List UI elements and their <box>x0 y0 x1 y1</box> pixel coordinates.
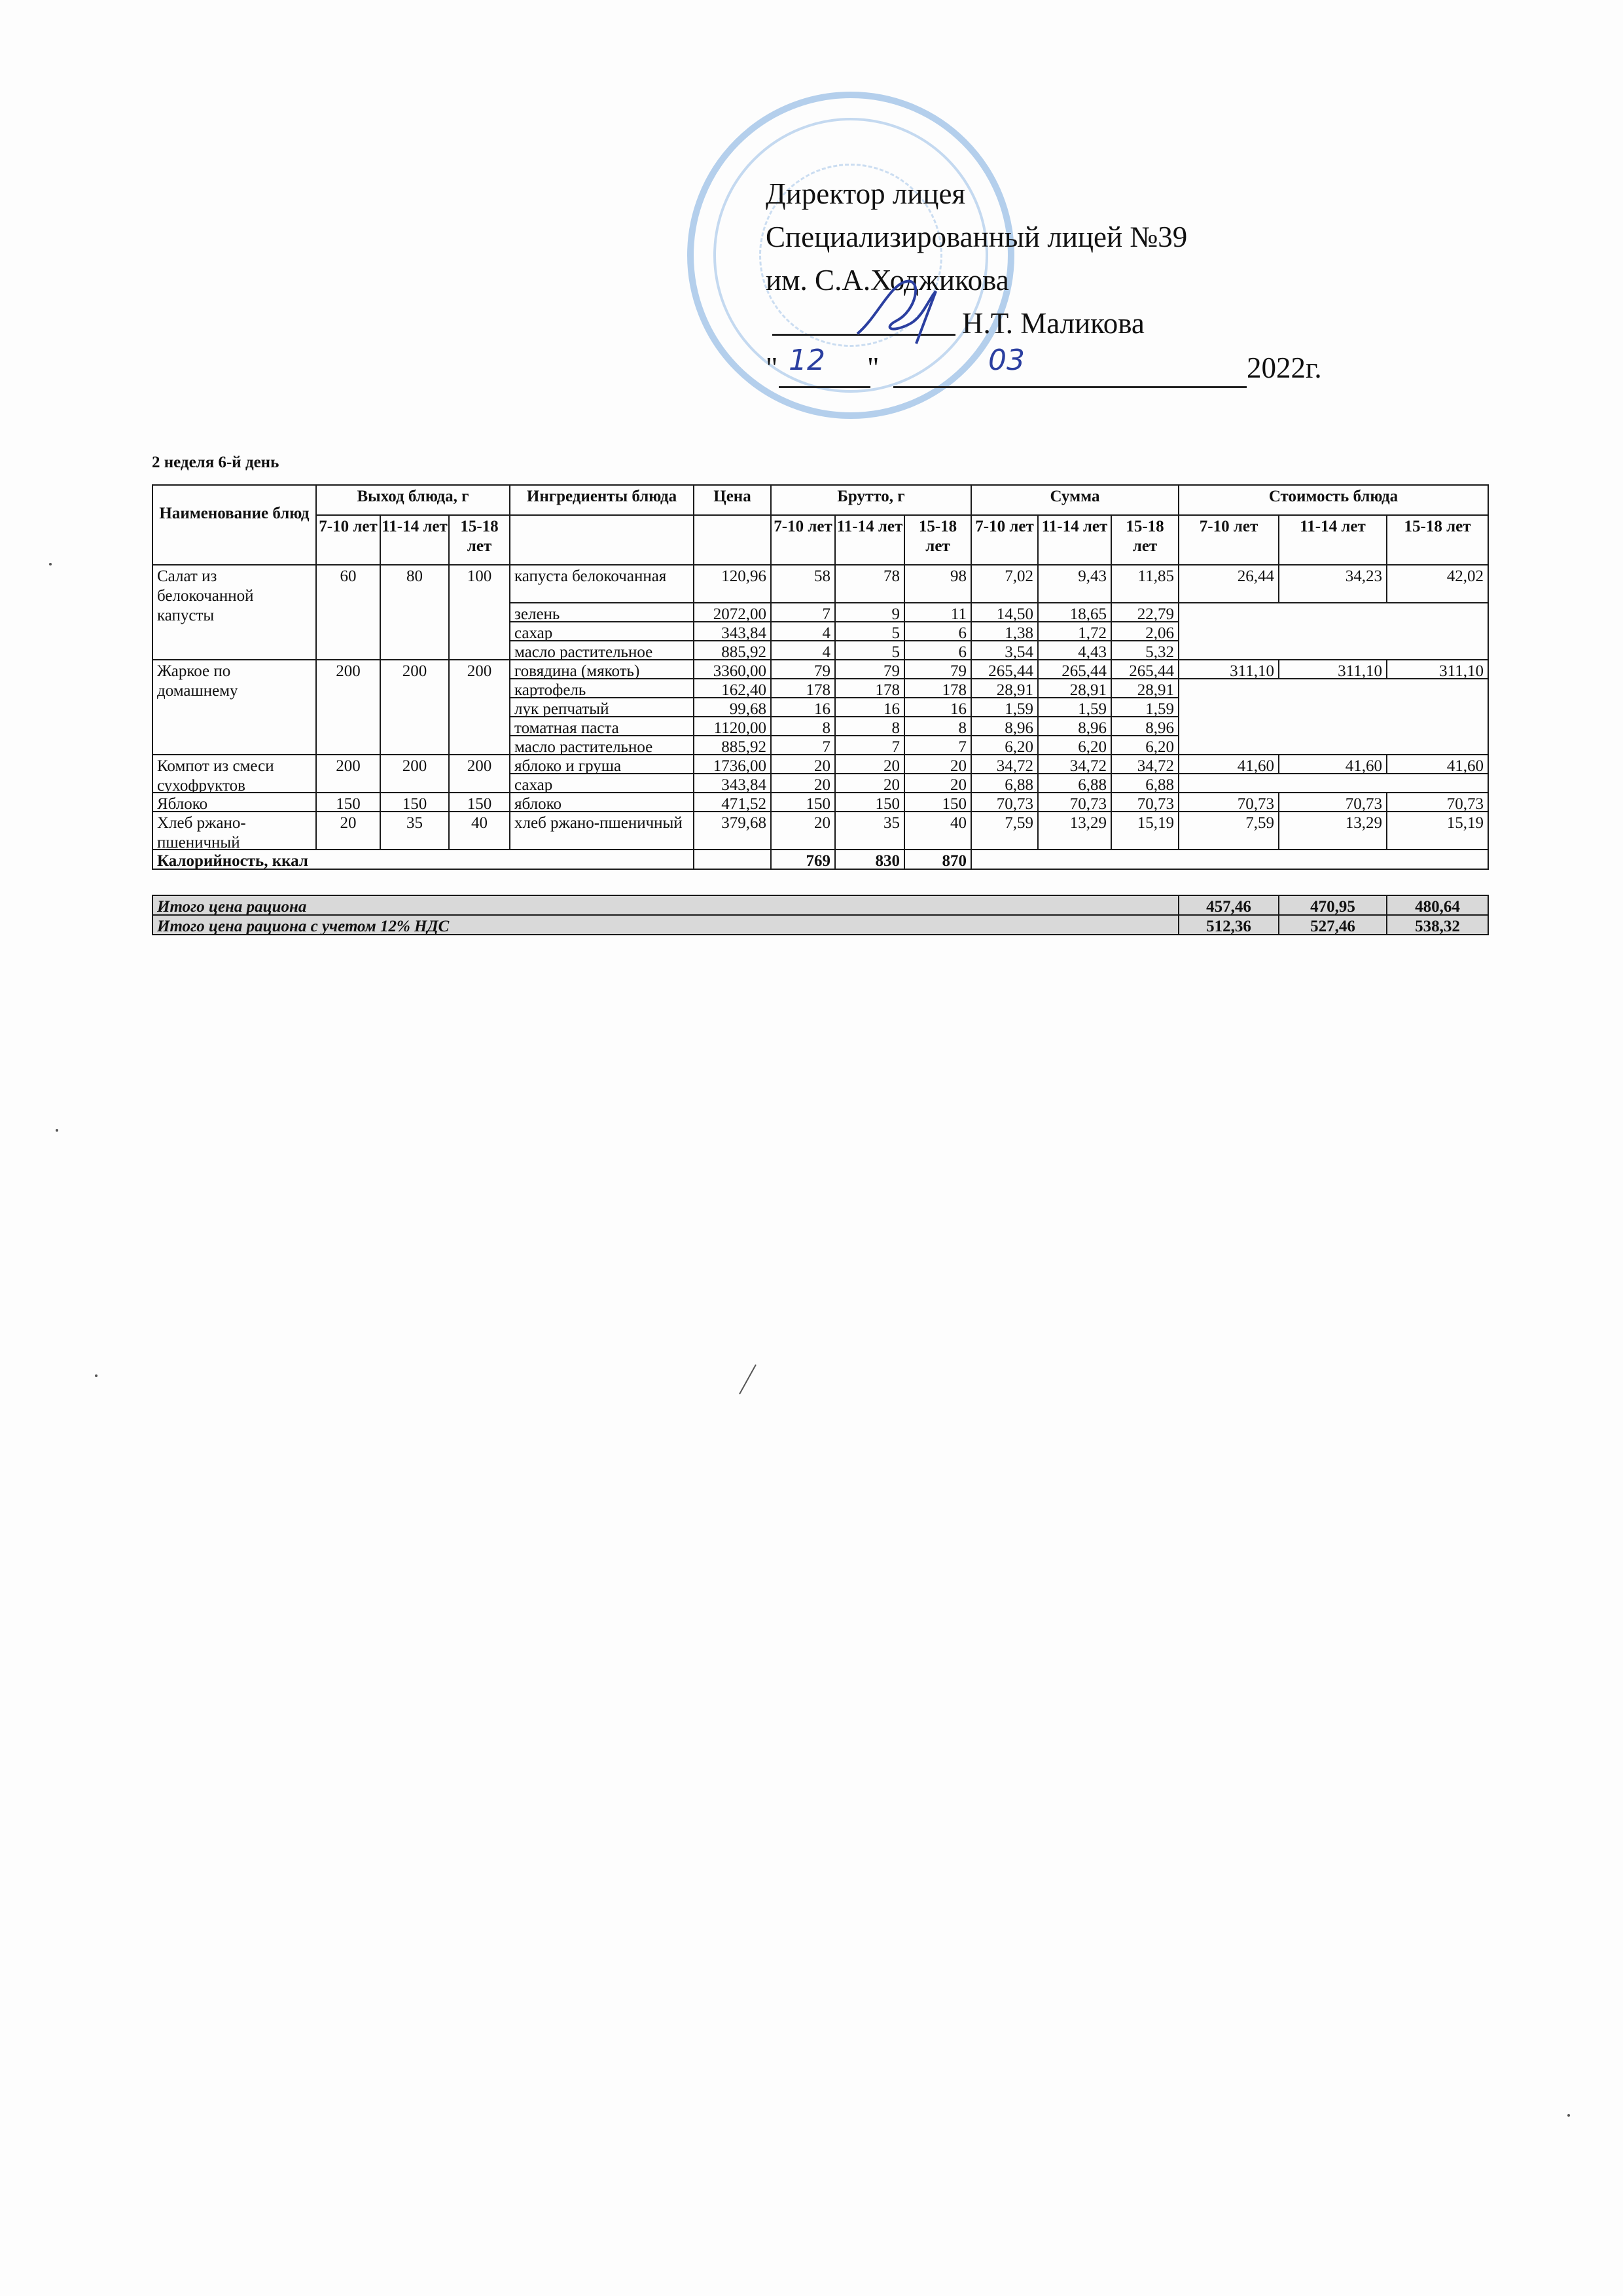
header-sum: Сумма <box>971 484 1179 516</box>
ingredient-price: 3360,00 <box>693 659 772 679</box>
approval-title: Директор лицея <box>766 175 965 212</box>
ingredient-price: 379,68 <box>693 811 772 850</box>
ingredient-sum: 265,44 <box>971 659 1039 679</box>
approval-signer: Н.Т. Маликова <box>962 305 1145 342</box>
ingredient-brutto: 8 <box>904 716 972 736</box>
ingredient-brutto: 7 <box>770 602 836 622</box>
ingredient-sum: 14,50 <box>971 602 1039 622</box>
ingredient-sum: 6,88 <box>971 773 1039 793</box>
dish-cost-blank <box>1178 773 1489 793</box>
header-age: 7-10 лет <box>315 514 381 565</box>
header-ingredients-sub <box>509 514 694 565</box>
ingredient-sum: 70,73 <box>1111 792 1179 812</box>
ingredient-sum: 28,91 <box>1111 678 1179 698</box>
ingredient-brutto: 150 <box>834 792 905 812</box>
ingredient-brutto: 20 <box>770 754 836 774</box>
calories-value: 769 <box>770 849 836 870</box>
ingredient-brutto: 7 <box>834 735 905 755</box>
ingredient-sum: 9,43 <box>1037 564 1112 603</box>
dish-cost: 15,19 <box>1386 811 1489 850</box>
ingredient-brutto: 79 <box>770 659 836 679</box>
dish-cost: 41,60 <box>1386 754 1489 774</box>
header-cost-age: 7-10 лет <box>1178 514 1279 565</box>
date-quote-close: " <box>867 350 879 386</box>
total-value: 480,64 <box>1386 895 1489 916</box>
dish-output: 60 <box>315 564 381 660</box>
ingredient-sum: 6,88 <box>1111 773 1179 793</box>
ingredient-name: хлеб ржано-пшеничный <box>509 811 694 850</box>
dish-cost: 311,10 <box>1278 659 1387 679</box>
date-month: 03 <box>988 344 1025 377</box>
header-cost-age: 15-18 лет <box>1386 514 1489 565</box>
ingredient-sum: 11,85 <box>1111 564 1179 603</box>
dish-name: Хлеб ржано-пшеничный <box>152 811 317 850</box>
ingredient-price: 343,84 <box>693 621 772 641</box>
dish-cost: 70,73 <box>1278 792 1387 812</box>
header-brutto: Брутто, г <box>770 484 972 516</box>
ingredient-name: говядина (мякоть) <box>509 659 694 679</box>
ingredient-brutto: 178 <box>770 678 836 698</box>
ingredient-sum: 6,20 <box>1037 735 1112 755</box>
ingredient-brutto: 150 <box>770 792 836 812</box>
ingredient-sum: 1,38 <box>971 621 1039 641</box>
ingredient-brutto: 9 <box>834 602 905 622</box>
dish-cost: 7,59 <box>1178 811 1279 850</box>
dish-output: 100 <box>448 564 510 660</box>
ingredient-brutto: 4 <box>770 621 836 641</box>
scan-speck <box>95 1374 98 1377</box>
ingredient-brutto: 79 <box>904 659 972 679</box>
ingredient-sum: 6,88 <box>1037 773 1112 793</box>
dish-name: Салат из белокочанной капусты <box>152 564 317 660</box>
ingredient-sum: 7,59 <box>971 811 1039 850</box>
header-age: 15-18 лет <box>904 514 972 565</box>
ingredient-brutto: 58 <box>770 564 836 603</box>
ingredient-brutto: 16 <box>834 697 905 717</box>
ingredient-brutto: 20 <box>904 754 972 774</box>
ingredient-brutto: 20 <box>834 754 905 774</box>
ingredient-price: 162,40 <box>693 678 772 698</box>
total-label: Итого цена рациона <box>152 895 1179 916</box>
ingredient-sum: 28,91 <box>971 678 1039 698</box>
total-value: 527,46 <box>1278 914 1387 935</box>
ingredient-brutto: 7 <box>770 735 836 755</box>
date-day: 12 <box>789 344 825 377</box>
ingredient-brutto: 79 <box>834 659 905 679</box>
ingredient-sum: 34,72 <box>1037 754 1112 774</box>
ingredient-brutto: 20 <box>770 811 836 850</box>
calories-value: 830 <box>834 849 905 870</box>
ingredient-sum: 34,72 <box>1111 754 1179 774</box>
ingredient-name: масло растительное <box>509 640 694 660</box>
ingredient-brutto: 20 <box>770 773 836 793</box>
dish-output: 20 <box>315 811 381 850</box>
ingredient-sum: 22,79 <box>1111 602 1179 622</box>
total-value: 538,32 <box>1386 914 1489 935</box>
ingredient-sum: 1,59 <box>971 697 1039 717</box>
header-cost-age: 11-14 лет <box>1278 514 1387 565</box>
dish-cost: 26,44 <box>1178 564 1279 603</box>
total-label: Итого цена рациона с учетом 12% НДС <box>152 914 1179 935</box>
dish-cost: 311,10 <box>1178 659 1279 679</box>
ingredient-name: капуста белокочанная <box>509 564 694 603</box>
total-value: 512,36 <box>1178 914 1279 935</box>
dish-name: Жаркое по домашнему <box>152 659 317 755</box>
ingredient-sum: 8,96 <box>971 716 1039 736</box>
ingredient-brutto: 6 <box>904 621 972 641</box>
dish-name: Яблоко <box>152 792 317 812</box>
ingredient-sum: 1,59 <box>1111 697 1179 717</box>
date-year: 2022г. <box>1247 350 1322 386</box>
ingredient-name: картофель <box>509 678 694 698</box>
signature-icon <box>851 272 949 350</box>
dish-cost: 13,29 <box>1278 811 1387 850</box>
header-age: 11-14 лет <box>380 514 450 565</box>
dish-cost-blank <box>1178 678 1489 755</box>
ingredient-price: 2072,00 <box>693 602 772 622</box>
dish-output: 40 <box>448 811 510 850</box>
ingredient-brutto: 98 <box>904 564 972 603</box>
dish-output: 200 <box>448 659 510 755</box>
header-dish-cost: Стоимость блюда <box>1178 484 1489 516</box>
dish-cost: 41,60 <box>1278 754 1387 774</box>
ingredient-price: 1736,00 <box>693 754 772 774</box>
total-value: 470,95 <box>1278 895 1387 916</box>
dish-output: 200 <box>315 754 381 793</box>
official-stamp <box>687 92 1014 419</box>
header-age: 11-14 лет <box>834 514 905 565</box>
ingredient-sum: 34,72 <box>971 754 1039 774</box>
ingredient-sum: 70,73 <box>1037 792 1112 812</box>
ingredient-brutto: 8 <box>834 716 905 736</box>
ingredient-brutto: 4 <box>770 640 836 660</box>
ingredient-sum: 8,96 <box>1037 716 1112 736</box>
ingredient-sum: 265,44 <box>1037 659 1112 679</box>
ingredient-sum: 2,06 <box>1111 621 1179 641</box>
approval-org: Специализированный лицей №39 <box>766 219 1187 255</box>
ingredient-sum: 70,73 <box>971 792 1039 812</box>
scan-speck <box>1567 2114 1570 2117</box>
ingredient-brutto: 78 <box>834 564 905 603</box>
ingredient-brutto: 40 <box>904 811 972 850</box>
ingredient-brutto: 11 <box>904 602 972 622</box>
ingredient-sum: 1,59 <box>1037 697 1112 717</box>
dish-cost: 311,10 <box>1386 659 1489 679</box>
dish-output: 150 <box>315 792 381 812</box>
ingredient-sum: 5,32 <box>1111 640 1179 660</box>
ingredient-price: 343,84 <box>693 773 772 793</box>
ingredient-brutto: 178 <box>904 678 972 698</box>
header-output: Выход блюда, г <box>315 484 510 516</box>
ingredient-brutto: 20 <box>904 773 972 793</box>
dish-cost-blank <box>1178 602 1489 660</box>
ingredient-brutto: 16 <box>904 697 972 717</box>
ingredient-brutto: 16 <box>770 697 836 717</box>
date-month-line <box>893 386 1247 388</box>
header-ingredients: Ингредиенты блюда <box>509 484 694 516</box>
ingredient-name: сахар <box>509 773 694 793</box>
ingredient-price: 120,96 <box>693 564 772 603</box>
ingredient-price: 885,92 <box>693 735 772 755</box>
dish-output: 150 <box>448 792 510 812</box>
header-age: 15-18 лет <box>1111 514 1179 565</box>
ingredient-name: яблоко <box>509 792 694 812</box>
dish-output: 200 <box>380 659 450 755</box>
ingredient-name: лук репчатый <box>509 697 694 717</box>
dish-cost: 41,60 <box>1178 754 1279 774</box>
header-age: 7-10 лет <box>971 514 1039 565</box>
header-price: Цена <box>693 484 772 516</box>
dish-output: 200 <box>315 659 381 755</box>
ingredient-brutto: 5 <box>834 640 905 660</box>
dish-cost: 70,73 <box>1178 792 1279 812</box>
dish-cost: 42,02 <box>1386 564 1489 603</box>
header-age: 7-10 лет <box>770 514 836 565</box>
ingredient-brutto: 20 <box>834 773 905 793</box>
ingredient-brutto: 7 <box>904 735 972 755</box>
ingredient-sum: 8,96 <box>1111 716 1179 736</box>
dish-cost: 70,73 <box>1386 792 1489 812</box>
ingredient-price: 471,52 <box>693 792 772 812</box>
dish-output: 200 <box>380 754 450 793</box>
header-price-sub <box>693 514 772 565</box>
ingredient-sum: 6,20 <box>1111 735 1179 755</box>
ingredient-sum: 4,43 <box>1037 640 1112 660</box>
dish-output: 35 <box>380 811 450 850</box>
ingredient-sum: 13,29 <box>1037 811 1112 850</box>
ingredient-price: 885,92 <box>693 640 772 660</box>
ingredient-sum: 15,19 <box>1111 811 1179 850</box>
calories-blank <box>693 849 772 870</box>
ingredient-sum: 1,72 <box>1037 621 1112 641</box>
total-value: 457,46 <box>1178 895 1279 916</box>
ingredient-name: яблоко и груша <box>509 754 694 774</box>
ingredient-price: 1120,00 <box>693 716 772 736</box>
ingredient-brutto: 8 <box>770 716 836 736</box>
calories-value: 870 <box>904 849 972 870</box>
dish-output: 150 <box>380 792 450 812</box>
header-dish-name: Наименование блюд <box>152 484 317 565</box>
header-age: 11-14 лет <box>1037 514 1112 565</box>
dish-output: 200 <box>448 754 510 793</box>
dish-output: 80 <box>380 564 450 660</box>
dish-name: Компот из смеси сухофруктов <box>152 754 317 793</box>
calories-blank-right <box>971 849 1489 870</box>
ingredient-name: масло растительное <box>509 735 694 755</box>
ingredient-brutto: 6 <box>904 640 972 660</box>
dish-cost: 34,23 <box>1278 564 1387 603</box>
ingredient-sum: 6,20 <box>971 735 1039 755</box>
date-day-line <box>779 386 870 388</box>
ingredient-sum: 3,54 <box>971 640 1039 660</box>
ingredient-brutto: 5 <box>834 621 905 641</box>
ingredient-brutto: 150 <box>904 792 972 812</box>
ingredient-name: сахар <box>509 621 694 641</box>
calories-label: Калорийность, ккал <box>152 849 694 870</box>
ingredient-sum: 28,91 <box>1037 678 1112 698</box>
header-age: 15-18 лет <box>448 514 510 565</box>
menu-title: 2 неделя 6-й день <box>152 454 279 472</box>
ingredient-sum: 7,02 <box>971 564 1039 603</box>
ingredient-price: 99,68 <box>693 697 772 717</box>
pen-mark <box>733 1361 759 1401</box>
ingredient-name: зелень <box>509 602 694 622</box>
date-quote-open: " <box>766 350 777 386</box>
ingredient-brutto: 35 <box>834 811 905 850</box>
ingredient-name: томатная паста <box>509 716 694 736</box>
ingredient-sum: 18,65 <box>1037 602 1112 622</box>
scan-speck <box>49 563 52 565</box>
ingredient-brutto: 178 <box>834 678 905 698</box>
ingredient-sum: 265,44 <box>1111 659 1179 679</box>
scan-speck <box>56 1129 58 1132</box>
